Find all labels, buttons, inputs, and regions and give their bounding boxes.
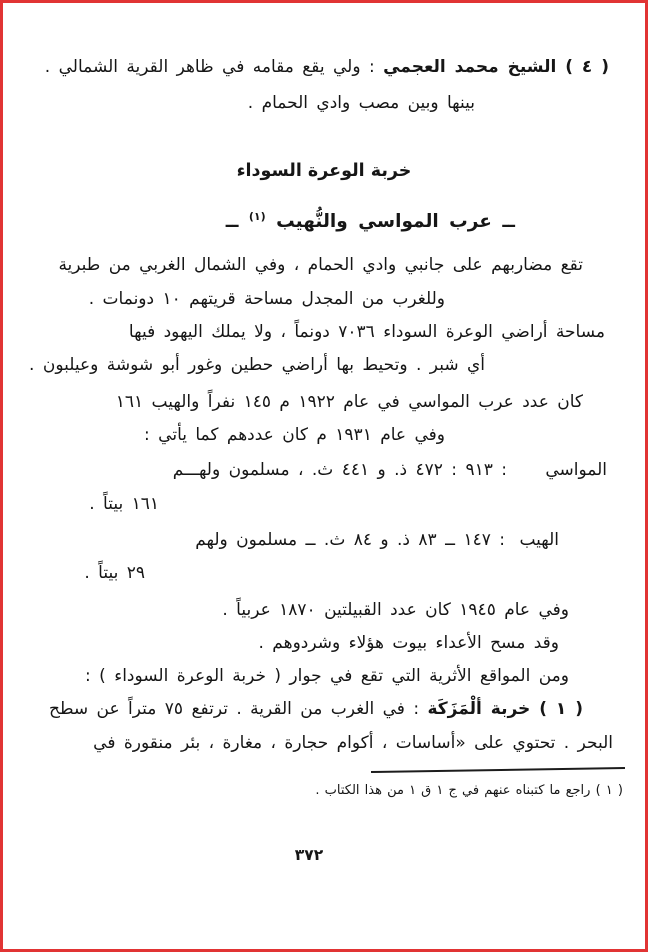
subtitle-text: ــ عرب المواسي والنُّهيب	[266, 211, 515, 232]
note-line-2: بينها وبين مصب وادي الحمام .	[248, 91, 475, 115]
paragraph-line: البحر . تحتوي على «أساسات ، أكوام حجارة …	[93, 731, 613, 755]
paragraph-line: وقد مسح الأعداء بيوت هؤلاء وشردوهم .	[258, 631, 559, 655]
khirbet-rest: : في الغرب من القرية . ترتفع ٧٥ متراً عن…	[49, 699, 428, 719]
footnote-text: ( ١ ) راجع ما كتبناه عنهم في ج ١ ق ١ من …	[315, 779, 623, 803]
paragraph-line: أي شبر . وتحيط بها أراضي حطين وغور أبو ش…	[29, 353, 485, 377]
census-continuation: ١٦١ بيتاً .	[89, 492, 159, 516]
census-row: المواسي: ٩١٣ : ٤٧٢ ذ. و ٤٤١ ث. ، مسلمون …	[173, 458, 607, 482]
section-title: خربة الوعرة السوداء	[3, 161, 645, 181]
paragraph-line: تقع مضاربهم على جانبي وادي الحمام ، وفي …	[58, 253, 583, 277]
footnote-divider	[371, 767, 625, 773]
census-name: الهيب	[505, 528, 559, 552]
paragraph-line: كان عدد عرب المواسي في عام ١٩٢٢ م ١٤٥ نف…	[116, 390, 583, 414]
khirbet-name: ( ١ ) خربة ألْمَزَكَة	[427, 699, 583, 719]
paragraph-line: وفي عام ١٩٣١ م كان عددهم كما يأتي :	[144, 423, 445, 447]
paragraph-line: مساحة أراضي الوعرة السوداء ٧٠٣٦ دونماً ،…	[129, 320, 605, 344]
note-sheikh-name: ( ٤ ) الشيخ محمد العجمي	[383, 57, 609, 77]
section-subtitle: ــ عرب المواسي والنُّهيب (١) ــ	[226, 210, 515, 232]
scan-page: ( ٤ ) الشيخ محمد العجمي : ولي يقع مقامه …	[0, 0, 648, 952]
footnote-ref-superscript: (١)	[249, 210, 266, 223]
census-detail: : ٩١٣ : ٤٧٢ ذ. و ٤٤١ ث. ، مسلمون ولهـــم	[173, 460, 507, 480]
paragraph-line: ( ١ ) خربة ألْمَزَكَة : في الغرب من القر…	[49, 697, 583, 721]
paragraph-line: وفي عام ١٩٤٥ كان عدد القبيلتين ١٨٧٠ عربي…	[222, 598, 569, 622]
census-continuation: ٢٩ بيتاً .	[84, 561, 145, 585]
note-line-1: ( ٤ ) الشيخ محمد العجمي : ولي يقع مقامه …	[45, 55, 609, 79]
paragraph-line: وللغرب من المجدل مساحة قريتهم ١٠ دونمات …	[89, 287, 445, 311]
census-name: المواسي	[507, 458, 607, 482]
page-number: ٣٧٢	[3, 846, 615, 864]
subtitle-end-dash: ــ	[226, 211, 249, 232]
paragraph-line: ومن المواقع الأثرية التي تقع في جوار ( خ…	[85, 664, 569, 688]
census-row: الهيب: ١٤٧ ــ ٨٣ ذ. و ٨٤ ث. ــ مسلمون ول…	[195, 528, 559, 552]
note-sheikh-rest: : ولي يقع مقامه في ظاهر القرية الشمالي .	[45, 57, 383, 77]
census-detail: : ١٤٧ ــ ٨٣ ذ. و ٨٤ ث. ــ مسلمون ولهم	[195, 530, 505, 550]
